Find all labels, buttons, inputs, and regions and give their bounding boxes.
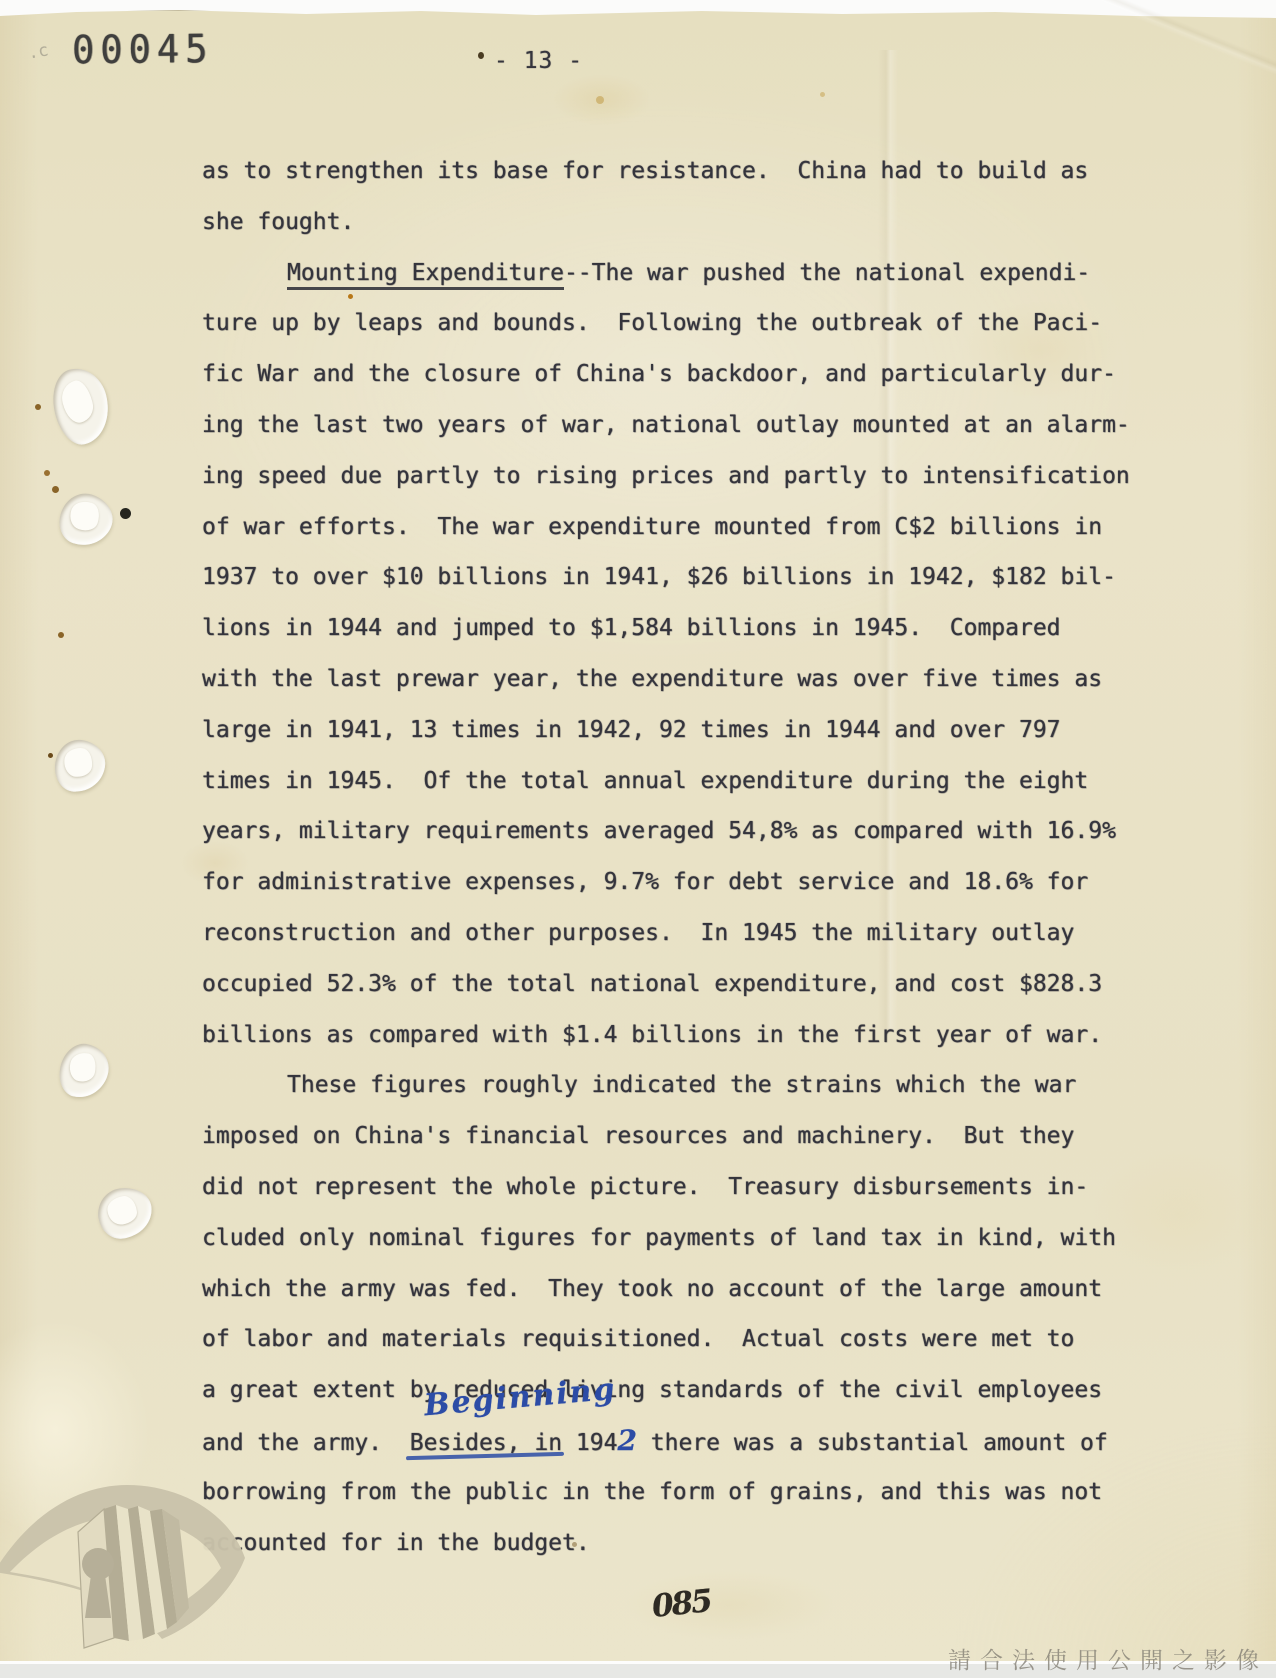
page-number: - 13 - [494, 48, 583, 74]
typed-line: large in 1941, 13 times in 1942, 92 time… [202, 705, 1142, 756]
typed-line: reconstruction and other purposes. In 19… [202, 908, 1142, 959]
paper-speck [120, 508, 131, 519]
typed-line: lions in 1944 and jumped to $1,584 billi… [202, 603, 1142, 654]
scanned-document-page: { "page": { "stamp": "00045", "page_numb… [0, 0, 1276, 1678]
typed-line: did not represent the whole picture. Tre… [202, 1162, 1142, 1213]
typed-line: fic War and the closure of China's backd… [202, 349, 1142, 400]
handwritten-page-mark: 085 [650, 1583, 712, 1625]
typed-segment: and the army. [202, 1430, 410, 1456]
typed-segment: 194 [562, 1430, 617, 1456]
typed-segment: --The war pushed the national expendi- [564, 260, 1090, 286]
faint-stamp-mark: .c [26, 40, 50, 63]
typed-line: These figures roughly indicated the stra… [202, 1060, 1142, 1111]
typed-line: Mounting Expenditure--The war pushed the… [202, 248, 1142, 299]
typed-line: times in 1945. Of the total annual expen… [202, 756, 1142, 807]
typed-line: of war efforts. The war expenditure moun… [202, 502, 1142, 553]
archives-book-keyhole-logo-icon [0, 1480, 262, 1665]
typed-line: a great extent by reduced living standar… [202, 1365, 1142, 1416]
typed-segment: there was a substantial amount of [637, 1430, 1108, 1456]
typed-segment-blue-ink: 2 [617, 1424, 636, 1457]
typed-line: for administrative expenses, 9.7% for de… [202, 857, 1142, 908]
typed-line: as to strengthen its base for resistance… [202, 146, 1142, 197]
typed-line: years, military requirements averaged 54… [202, 806, 1142, 857]
paper-speck [596, 96, 604, 104]
usage-watermark: 請合法使用公開之影像 [948, 1642, 1268, 1675]
paper-speck [58, 632, 64, 638]
paper-speck [48, 753, 53, 758]
typed-line: imposed on China's financial resources a… [202, 1111, 1142, 1162]
paper-speck [478, 52, 484, 59]
typed-line: ing the last two years of war, national … [202, 400, 1142, 451]
typed-text: as to strengthen its base for resistance… [202, 146, 1142, 1568]
paper-speck [44, 470, 50, 476]
typed-line: which the army was fed. They took no acc… [202, 1264, 1142, 1315]
typed-line: occupied 52.3% of the total national exp… [202, 959, 1142, 1010]
typed-line: billions as compared with $1.4 billions … [202, 1010, 1142, 1061]
typed-line: of labor and materials requisitioned. Ac… [202, 1314, 1142, 1365]
typed-line: 1937 to over $10 billions in 1941, $26 b… [202, 552, 1142, 603]
paper-speck [35, 404, 41, 410]
paper-speck [820, 92, 825, 97]
archive-number-stamp: 00045 [72, 26, 214, 72]
typed-line: with the last prewar year, the expenditu… [202, 654, 1142, 705]
typed-segment-strike-blue: Besides, in [410, 1430, 562, 1456]
typed-line: ing speed due partly to rising prices an… [202, 451, 1142, 502]
typed-line: and the army. Besides, in 1942 there was… [202, 1416, 1142, 1467]
typed-line: she fought. [202, 197, 1142, 248]
paper-speck [52, 486, 59, 493]
typed-line: borrowing from the public in the form of… [202, 1467, 1142, 1518]
typed-line: accounted for in the budget. [202, 1518, 1142, 1569]
typed-line: ture up by leaps and bounds. Following t… [202, 298, 1142, 349]
typed-line: cluded only nominal figures for payments… [202, 1213, 1142, 1264]
typed-segment-underline: Mounting Expenditure [287, 260, 564, 290]
